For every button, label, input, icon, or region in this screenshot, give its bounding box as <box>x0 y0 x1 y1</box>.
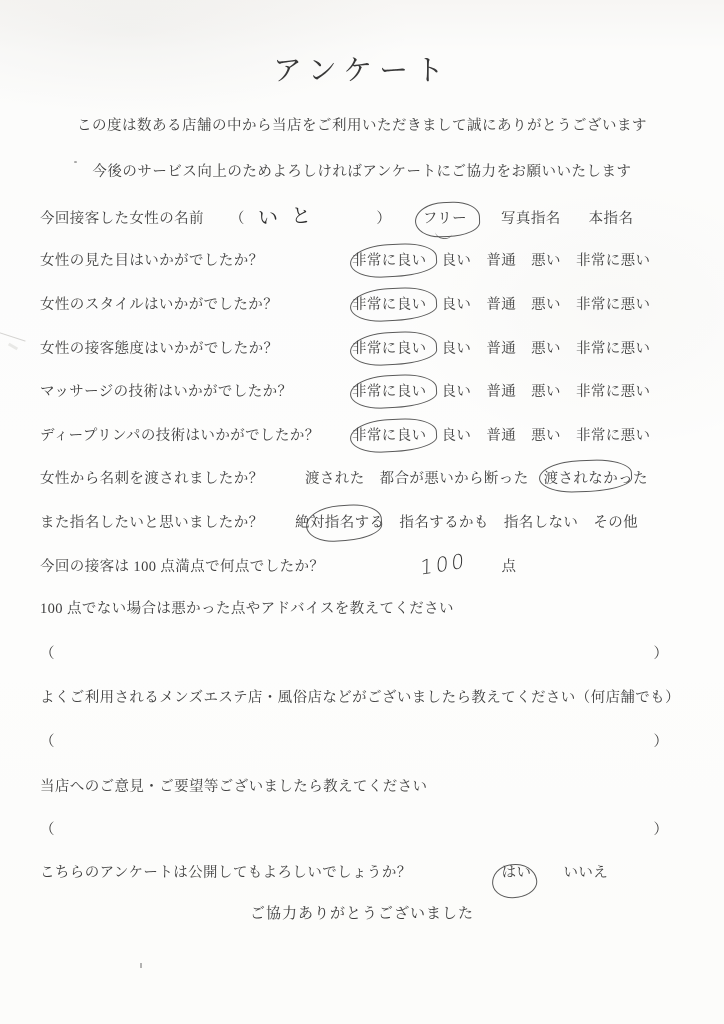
advice-section-label-row: 100 点でない場合は悪かった点やアドバイスを教えてください <box>40 598 696 620</box>
advice-answer-field: （ ） <box>40 643 668 665</box>
open-paren: （ <box>40 819 55 841</box>
close-paren: ） <box>654 643 669 665</box>
open-paren: （ <box>230 208 245 230</box>
publish-option-no: いいえ <box>563 862 608 884</box>
rating-option: 悪い <box>531 381 561 403</box>
score-row: 今回の接客は 100 点満点で何点でしたか？ 100 点 <box>40 553 696 575</box>
rating-question-label: ディープリンパの技術はいかがでしたか？ <box>40 425 352 447</box>
scan-speck <box>140 963 142 968</box>
option-hon-shimei: 本指名 <box>589 208 634 230</box>
rating-option: 普通 <box>486 381 516 403</box>
rating-option: 非常に悪い <box>576 425 651 447</box>
rating-option-circled: 非常に良い <box>352 425 427 447</box>
card-options: 渡された 都合が悪いから断った 渡されなかった <box>305 468 648 490</box>
scan-speck <box>74 161 77 163</box>
rating-option: 非常に悪い <box>576 250 651 272</box>
rating-question-label: 女性の見た目はいかがでしたか？ <box>40 250 352 272</box>
card-option: 渡された <box>305 468 365 490</box>
opinion-section-label-row: 当店へのご意見・ご要望等ございましたら教えてください <box>40 776 696 798</box>
scan-crease-artifact <box>0 331 26 342</box>
rating-option: 良い <box>442 425 472 447</box>
rating-options: 非常に良い 良い 普通 悪い 非常に悪い <box>352 381 650 403</box>
repeat-option: その他 <box>593 512 638 534</box>
advice-section-label: 100 点でない場合は悪かった点やアドバイスを教えてください <box>40 598 454 620</box>
rating-options: 非常に良い 良い 普通 悪い 非常に悪い <box>352 294 650 316</box>
handwritten-score: 100 <box>420 549 467 579</box>
rating-option: 普通 <box>486 425 516 447</box>
rating-question-label: 女性の接客態度はいかがでしたか？ <box>40 338 352 360</box>
rating-option: 非常に悪い <box>576 294 651 316</box>
score-unit-label: 点 <box>502 556 517 578</box>
intro-line-1: この度は数ある店舗の中から当店をご利用いただきまして誠にありがとうございます <box>0 114 724 135</box>
other-shops-section-label: よくご利用されるメンズエステ店・風俗店などがございましたら教えてください（何店舗… <box>40 687 680 709</box>
repeat-question-label: また指名したいと思いましたか？ <box>40 512 295 534</box>
rating-option: 非常に悪い <box>576 381 651 403</box>
rating-option: 悪い <box>531 250 561 272</box>
card-question-label: 女性から名刺を渡されましたか？ <box>40 468 305 490</box>
repeat-options: 絶対指名する 指名するかも 指名しない その他 <box>295 512 638 534</box>
repeat-nomination-row: また指名したいと思いましたか？ 絶対指名する 指名するかも 指名しない その他 <box>40 512 696 534</box>
scanned-survey-page: アンケート この度は数ある店舗の中から当店をご利用いただきまして誠にありがとうご… <box>0 0 724 1024</box>
name-answer-field: いと <box>244 205 376 230</box>
other-shops-section-label-row: よくご利用されるメンズエステ店・風俗店などがございましたら教えてください（何店舗… <box>40 687 696 709</box>
open-paren: （ <box>40 731 55 753</box>
rating-option: 良い <box>442 338 472 360</box>
rating-option-circled: 非常に良い <box>352 250 427 272</box>
option-photo-shimei: 写真指名 <box>501 208 561 230</box>
rating-option-circled: 非常に良い <box>352 381 427 403</box>
rating-options: 非常に良い 良い 普通 悪い 非常に悪い <box>352 250 650 272</box>
rating-option: 悪い <box>531 338 561 360</box>
rating-option: 普通 <box>486 294 516 316</box>
rating-option: 非常に悪い <box>576 338 651 360</box>
repeat-option-circled: 絶対指名する <box>295 512 384 534</box>
publish-consent-row: こちらのアンケートは公開してもよろしいでしょうか？ はい いいえ <box>40 862 696 884</box>
name-question-label: 今回接客した女性の名前 <box>40 208 204 230</box>
option-free-circled: フリー <box>423 208 467 230</box>
page-title: アンケート <box>0 48 724 89</box>
rating-question-label: マッサージの技術はいかがでしたか？ <box>40 381 352 403</box>
publish-question-label: こちらのアンケートは公開してもよろしいでしょうか？ <box>40 862 412 884</box>
name-question-row: 今回接客した女性の名前 （ いと ） フリー 写真指名 本指名 <box>40 205 696 227</box>
score-question-label: 今回の接客は 100 点満点で何点でしたか？ <box>40 556 324 578</box>
rating-option: 悪い <box>531 294 561 316</box>
card-option: 都合が悪いから断った <box>380 468 529 490</box>
close-paren: ） <box>654 819 669 841</box>
open-paren: （ <box>40 643 55 665</box>
rating-row-deep-lymph: ディープリンパの技術はいかがでしたか？ 非常に良い 良い 普通 悪い 非常に悪い <box>40 425 696 447</box>
thank-you-line: ご協力ありがとうございました <box>0 902 724 923</box>
publish-option-yes-circled: はい <box>502 862 532 884</box>
rating-row-service: 女性の接客態度はいかがでしたか？ 非常に良い 良い 普通 悪い 非常に悪い <box>40 338 696 360</box>
card-option-circled: 渡されなかった <box>544 468 648 490</box>
intro-line-2: 今後のサービス向上のためよろしければアンケートにご協力をお願いいたします <box>0 160 724 181</box>
rating-option-circled: 非常に良い <box>352 294 427 316</box>
rating-options: 非常に良い 良い 普通 悪い 非常に悪い <box>352 425 650 447</box>
rating-option: 良い <box>442 381 472 403</box>
close-paren: ） <box>654 731 669 753</box>
rating-question-label: 女性のスタイルはいかがでしたか？ <box>40 294 352 316</box>
repeat-option: 指名するかも <box>399 512 488 534</box>
rating-option: 悪い <box>531 425 561 447</box>
close-paren: ） <box>376 208 391 230</box>
scan-speck <box>8 343 18 351</box>
rating-option: 良い <box>442 294 472 316</box>
opinion-section-label: 当店へのご意見・ご要望等ございましたら教えてください <box>40 776 427 798</box>
rating-row-looks: 女性の見た目はいかがでしたか？ 非常に良い 良い 普通 悪い 非常に悪い <box>40 250 696 272</box>
rating-row-massage: マッサージの技術はいかがでしたか？ 非常に良い 良い 普通 悪い 非常に悪い <box>40 381 696 403</box>
handwritten-name: いと <box>258 203 325 228</box>
opinion-answer-field: （ ） <box>40 819 668 841</box>
rating-option: 普通 <box>486 338 516 360</box>
rating-row-style: 女性のスタイルはいかがでしたか？ 非常に良い 良い 普通 悪い 非常に悪い <box>40 294 696 316</box>
rating-option: 普通 <box>486 250 516 272</box>
rating-option: 良い <box>442 250 472 272</box>
other-shops-answer-field: （ ） <box>40 731 668 753</box>
business-card-row: 女性から名刺を渡されましたか？ 渡された 都合が悪いから断った 渡されなかった <box>40 468 696 490</box>
repeat-option: 指名しない <box>504 512 579 534</box>
rating-option-circled: 非常に良い <box>352 338 427 360</box>
rating-options: 非常に良い 良い 普通 悪い 非常に悪い <box>352 338 650 360</box>
